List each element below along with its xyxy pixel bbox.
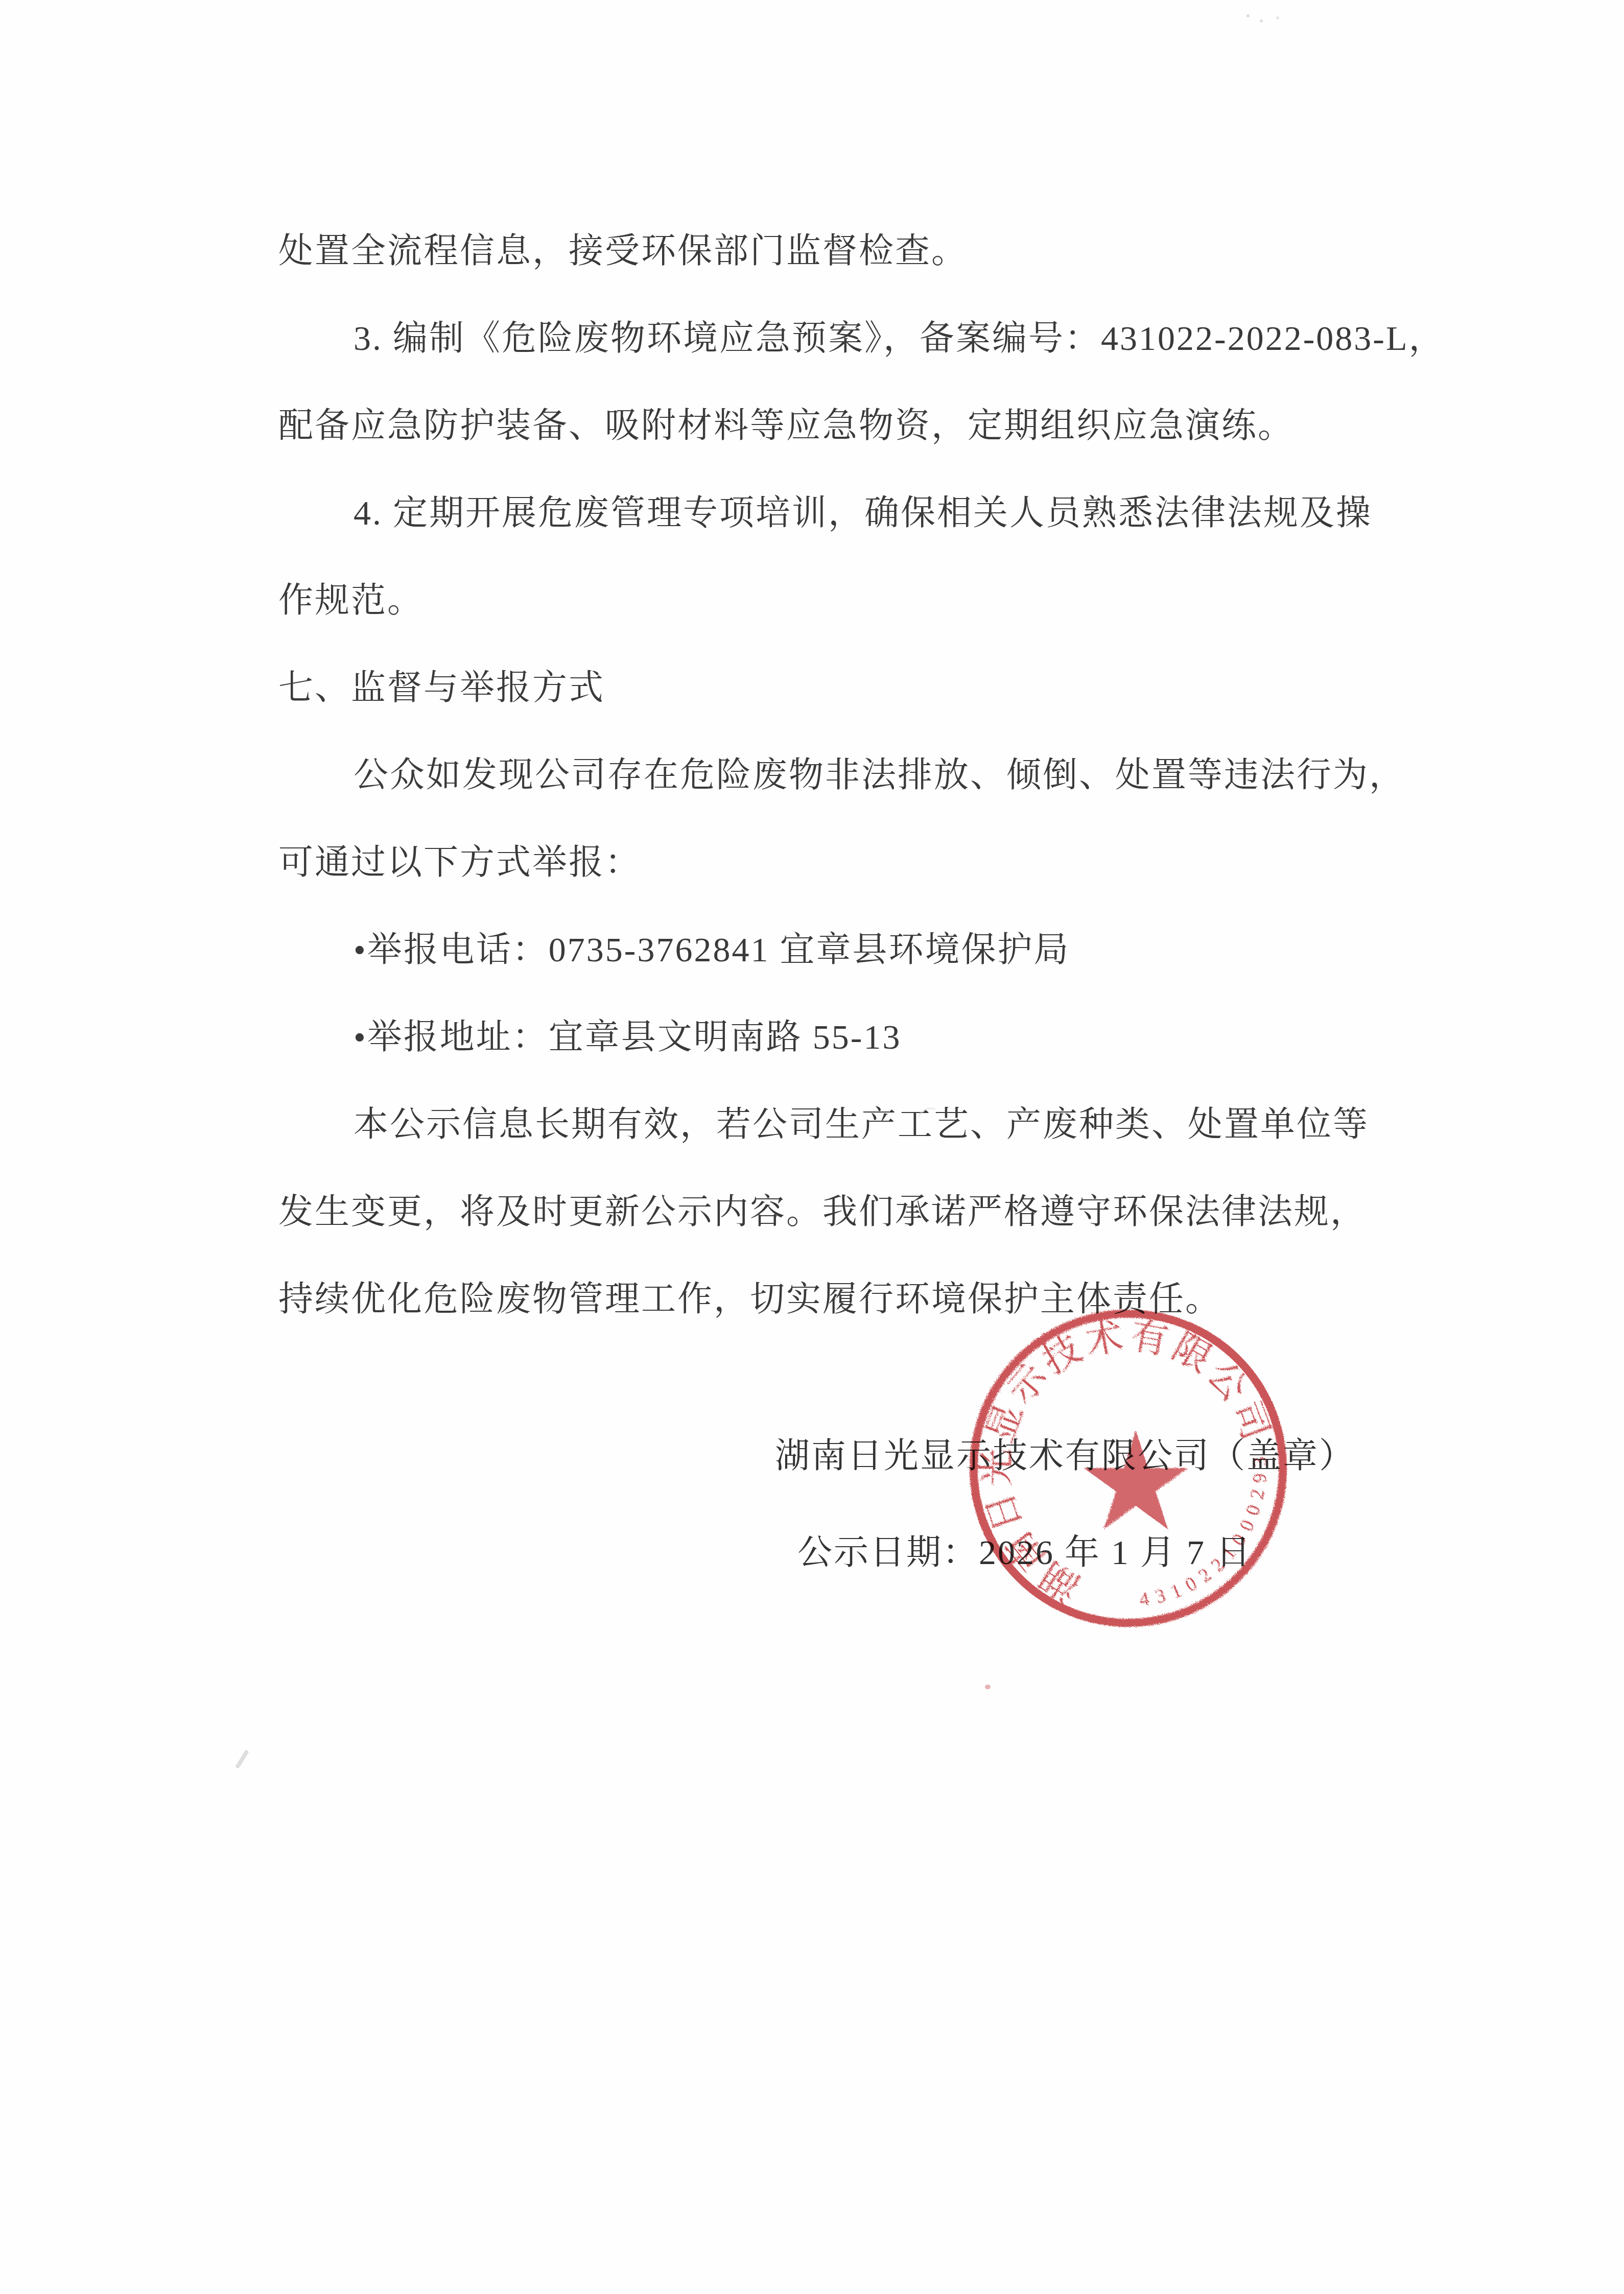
doc-line-text: 3. 编制《危险废物环境应急预案》，备案编号：431022-2022-083-L… xyxy=(354,319,1445,358)
doc-line-text: 发生变更，将及时更新公示内容。我们承诺严格遵守环保法律法规， xyxy=(278,1192,1367,1231)
doc-line: 处置全流程信息，接受环保部门监督检查。 xyxy=(278,207,1428,295)
doc-line: 可通过以下方式举报： xyxy=(278,819,1428,906)
doc-line: 4. 定期开展危废管理专项培训，确保相关人员熟悉法律法规及操 xyxy=(278,469,1428,557)
doc-line-text: •举报电话：0735-3762841 宜章县环境保护局 xyxy=(354,930,1070,969)
doc-line-text: 4. 定期开展危废管理专项培训，确保相关人员熟悉法律法规及操 xyxy=(354,493,1372,532)
doc-line-text: 本公示信息长期有效，若公司生产工艺、产废种类、处置单位等 xyxy=(354,1105,1369,1144)
doc-section-heading: 七、监督与举报方式 xyxy=(278,644,1428,731)
scan-artifact-specks xyxy=(1246,14,1250,17)
doc-line: 公众如发现公司存在危险废物非法排放、倾倒、处置等违法行为， xyxy=(278,731,1428,819)
seal-star-icon xyxy=(1084,1430,1188,1529)
doc-line: 发生变更，将及时更新公示内容。我们承诺严格遵守环保法律法规， xyxy=(278,1168,1428,1256)
doc-line: 作规范。 xyxy=(278,557,1428,644)
scan-artifact-tick xyxy=(235,1749,249,1769)
doc-line-text: •举报地址：宜章县文明南路 55-13 xyxy=(354,1018,901,1056)
document-body: 处置全流程信息，接受环保部门监督检查。 3. 编制《危险废物环境应急预案》，备案… xyxy=(278,207,1428,1343)
doc-line-text: 七、监督与举报方式 xyxy=(278,668,605,707)
doc-line-text: 作规范。 xyxy=(278,581,423,620)
doc-line: 本公示信息长期有效，若公司生产工艺、产废种类、处置单位等 xyxy=(278,1081,1428,1168)
doc-line: 3. 编制《危险废物环境应急预案》，备案编号：431022-2022-083-L… xyxy=(278,295,1428,382)
doc-line-text: 处置全流程信息，接受环保部门监督检查。 xyxy=(278,231,968,270)
scan-artifact-ink-dot xyxy=(985,1685,991,1689)
company-seal: 湖南日光显示技术有限公司 4310221000293 xyxy=(963,1304,1293,1633)
doc-line-text: 可通过以下方式举报： xyxy=(278,843,641,882)
doc-line: 配备应急防护装备、吸附材料等应急物资，定期组织应急演练。 xyxy=(278,382,1428,469)
doc-bullet-phone: •举报电话：0735-3762841 宜章县环境保护局 xyxy=(278,906,1428,994)
doc-bullet-address: •举报地址：宜章县文明南路 55-13 xyxy=(278,994,1428,1081)
scanned-document-page: 处置全流程信息，接受环保部门监督检查。 3. 编制《危险废物环境应急预案》，备案… xyxy=(0,0,1624,2294)
doc-line-text: 配备应急防护装备、吸附材料等应急物资，定期组织应急演练。 xyxy=(278,406,1294,445)
doc-line-text: 公众如发现公司存在危险废物非法排放、倾倒、处置等违法行为， xyxy=(354,755,1405,794)
